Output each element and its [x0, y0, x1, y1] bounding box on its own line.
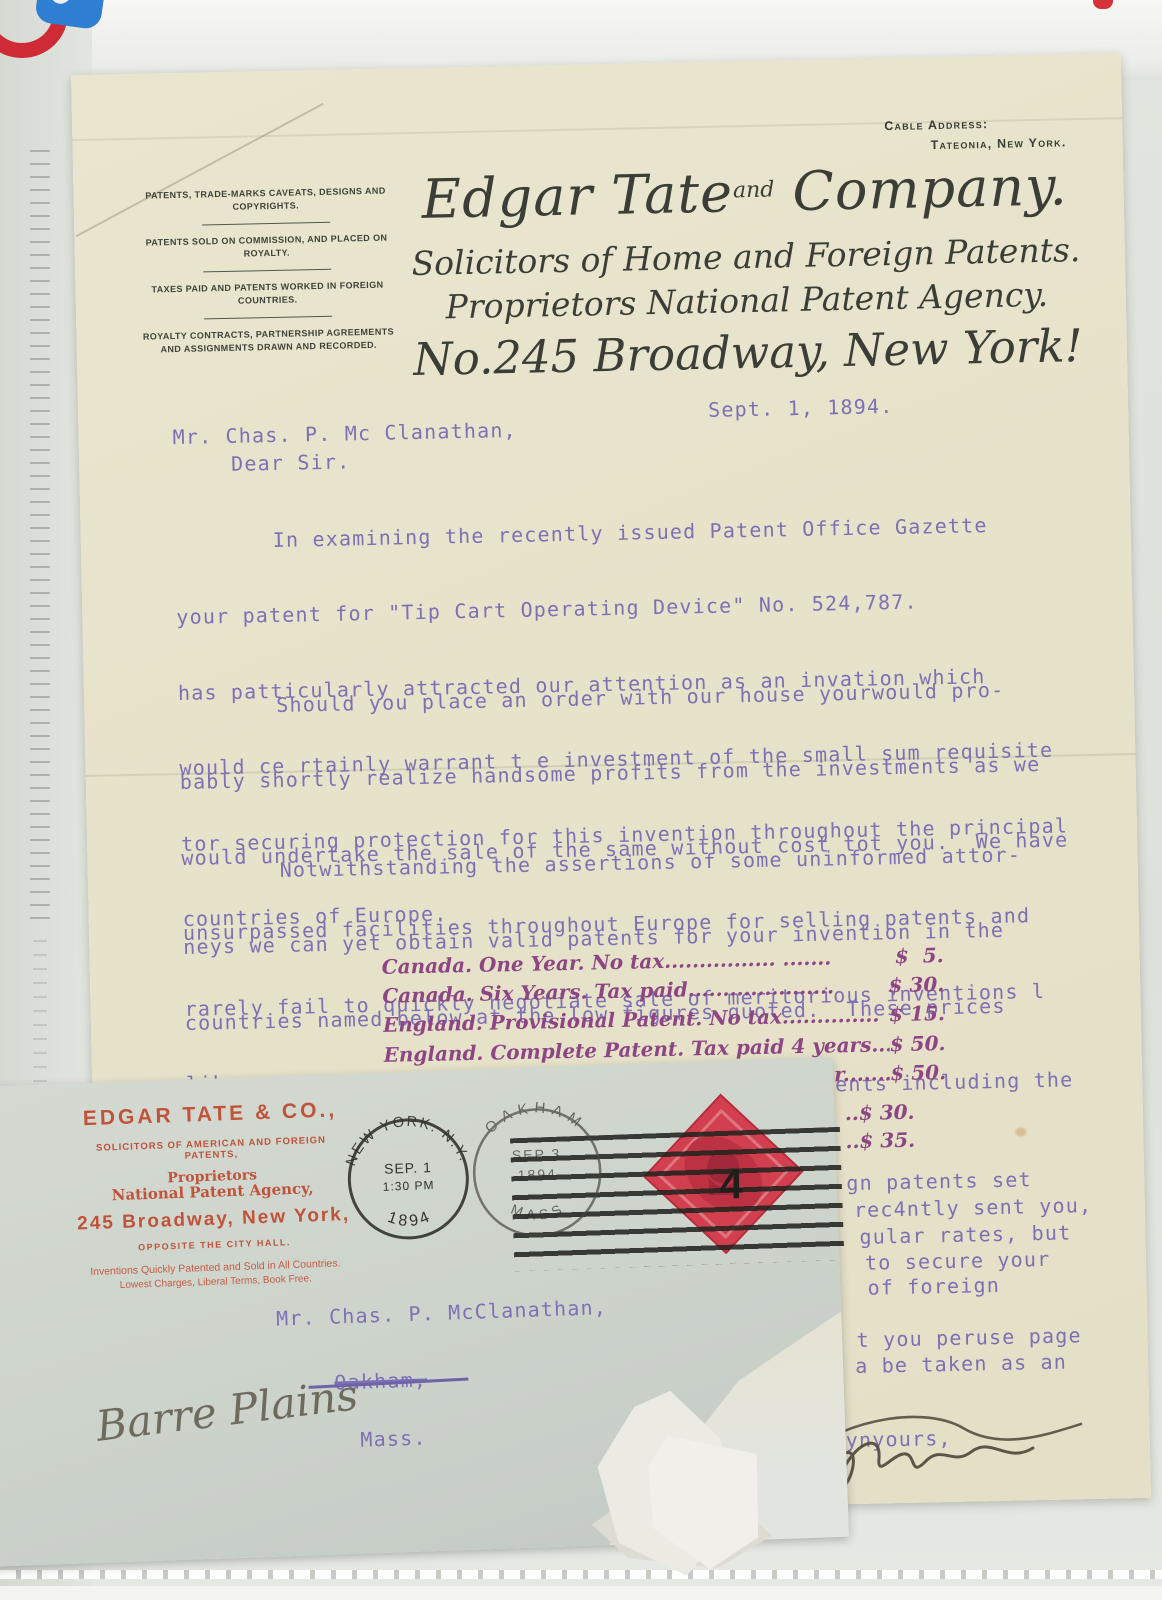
divider: [202, 222, 330, 226]
company-name-part: Edgar Tate: [421, 161, 734, 231]
letter-line-partial: rec4ntly sent you,: [854, 1193, 1093, 1222]
postmark-new-york: NEW YORK. N.Y. SEP. 1 1:30 PM 1894: [336, 1107, 481, 1252]
letter-line-partial: t you peruse page: [856, 1323, 1082, 1352]
scanned-cover-and-letter: Cable Address: Tateonia, New York. PATEN…: [0, 0, 1162, 1600]
sleeve-perforation-strip-lower: [33, 940, 47, 1100]
svg-text:1894: 1894: [385, 1207, 435, 1230]
postmark-year: 1894: [385, 1207, 435, 1230]
letter-line: bably shortly realize handsome profits f…: [180, 750, 1120, 797]
corner-card-opposite: OPPOSITE THE CITY HALL.: [71, 1235, 357, 1255]
postmark-year: 1894: [517, 1166, 557, 1183]
letter-line: Should you place an order with our house…: [178, 674, 1118, 721]
corner-card-solicitors: SOLICITORS OF AMERICAN AND FOREIGN PATEN…: [68, 1134, 355, 1166]
service-item: PATENTS SOLD ON COMMISSION, AND PLACED O…: [132, 231, 400, 263]
divider: [203, 269, 331, 273]
sleeve-perforation-strip: [30, 150, 50, 930]
price-amount: $ 50.: [889, 1029, 945, 1059]
sleeve-bottom-seam: [0, 1570, 1162, 1579]
postmark-time: 1:30 PM: [383, 1178, 435, 1194]
letter-line-partial: a be taken as an: [855, 1350, 1067, 1378]
service-item: TAXES PAID AND PATENTS WORKED IN FOREIGN…: [133, 278, 401, 310]
postmark-oakham: OAKHAM SEP 3 1894 MASS: [460, 1095, 615, 1250]
envelope-address-name: Mr. Chas. P. McClanathan,: [276, 1295, 608, 1331]
price-amount: $ 50.: [890, 1058, 946, 1088]
price-amount: $ 30.: [888, 970, 944, 1000]
envelope-address-state: Mass.: [360, 1425, 427, 1451]
company-name-part: Company.: [792, 154, 1068, 223]
divider: [204, 316, 332, 320]
postmark-date: SEP. 1: [384, 1159, 432, 1177]
letter-line: your patent for "Tip Cart Operating Devi…: [176, 585, 1116, 632]
service-item: ROYALTY CONTRACTS, PARTNERSHIP AGREEMENT…: [134, 325, 402, 357]
letter-line-partial: of foreign: [867, 1273, 1000, 1300]
postmark-date: SEP 3: [512, 1146, 562, 1164]
envelope-address-handwritten: Barre Plains: [93, 1366, 397, 1451]
letterhead-script: Edgar Tateand Company. Solicitors of Hom…: [391, 142, 1102, 391]
cancellation-numeral: 4: [720, 1161, 743, 1209]
price-amount: $ 15.: [889, 999, 945, 1029]
letter-line-partial: gn patents set: [846, 1167, 1032, 1195]
svg-text:OAKHAM: OAKHAM: [481, 1097, 589, 1137]
price-amount-partial: ..$ 35.: [845, 1128, 915, 1153]
letter-line: Notwithstanding the assertions of some u…: [181, 839, 1121, 886]
corner-card-company: EDGAR TATE & CO.,: [67, 1098, 354, 1132]
sleeve-bottom-band: [0, 1586, 1162, 1600]
letter-line-partial: gular rates, but: [859, 1220, 1071, 1248]
letter-line: In examining the recently issued Patent …: [175, 509, 1115, 556]
service-item: PATENTS, TRADE-MARKS CAVEATS, DESIGNS AN…: [131, 184, 399, 216]
price-amount: $ 5.: [895, 941, 944, 971]
postmark-state: MASS: [508, 1199, 569, 1224]
company-name-and: and: [733, 177, 775, 203]
price-amount-partial: ..$ 30.: [845, 1100, 915, 1125]
letterhead-services: PATENTS, TRADE-MARKS CAVEATS, DESIGNS AN…: [131, 184, 402, 357]
corner-card-street: 245 Broadway, New York,: [70, 1204, 357, 1236]
postmark-city: OAKHAM: [481, 1097, 589, 1137]
envelope-corner-card: EDGAR TATE & CO., SOLICITORS OF AMERICAN…: [67, 1098, 359, 1293]
company-name: Edgar Tateand Company.: [391, 142, 1099, 243]
letter-line-partial: to secure your: [865, 1247, 1051, 1275]
svg-text:MASS: MASS: [508, 1199, 569, 1224]
